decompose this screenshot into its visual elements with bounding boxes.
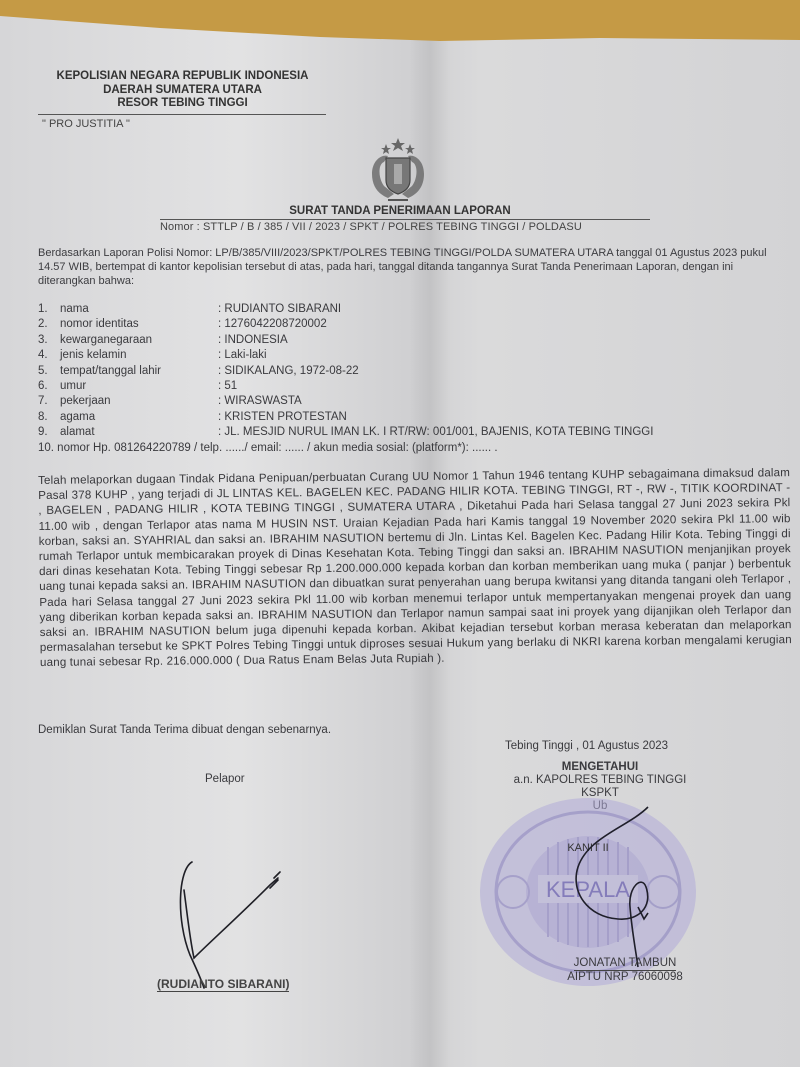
header-divider [38,114,326,115]
svg-text:KEPALA: KEPALA [546,877,630,902]
pro-justitia: " PRO JUSTITIA " [42,118,130,130]
place-date: Tebing Tinggi , 01 Agustus 2023 [505,740,668,752]
identity-row: 6.umur: 51 [38,379,798,394]
closing-statement: Demiklan Surat Tanda Terima dibuat denga… [38,724,331,736]
document-number: Nomor : STTLP / B / 385 / VII / 2023 / S… [160,219,650,233]
intro-paragraph: Berdasarkan Laporan Polisi Nomor: LP/B/3… [38,246,788,288]
police-emblem-icon [358,136,438,206]
on-behalf-label: a.n. KAPOLRES TEBING TINGGI [470,774,730,787]
document-title: SURAT TANDA PENERIMAAN LAPORAN [150,205,650,217]
institution-line: DAERAH SUMATERA UTARA [40,84,325,98]
identity-row: 4.jenis kelamin: Laki-laki [38,348,798,363]
identity-row: 2.nomor identitas: 1276042208720002 [38,317,798,332]
report-body: Telah melaporkan dugaan Tindak Pidana Pe… [38,465,792,671]
identity-row: 1.nama: RUDIANTO SIBARANI [38,302,798,317]
reporter-signature-icon [170,860,290,990]
officer-block: JONATAN TAMBUN AIPTU NRP 76060098 [540,957,710,984]
svg-text:KANIT II: KANIT II [567,842,608,854]
institution-header: KEPOLISIAN NEGARA REPUBLIK INDONESIA DAE… [40,70,325,111]
institution-line: RESOR TEBING TINGGI [40,97,325,111]
officer-name: JONATAN TAMBUN [574,957,677,971]
identity-row: 7.pekerjaan: WIRASWASTA [38,394,798,409]
identity-row: 9.alamat: JL. MESJID NURUL IMAN LK. I RT… [38,425,798,440]
reporter-label: Pelapor [205,773,245,785]
reporter-name: (RUDIANTO SIBARANI) [157,977,289,992]
identity-row: 8.agama: KRISTEN PROTESTAN [38,410,798,425]
identity-row: 5.tempat/tanggal lahir: SIDIKALANG, 1972… [38,364,798,379]
contact-row: 10. nomor Hp. 081264220789 / telp. .....… [38,441,798,456]
institution-line: KEPOLISIAN NEGARA REPUBLIK INDONESIA [40,70,325,84]
acknowledged-label: MENGETAHUI [470,761,730,774]
identity-row: 3.kewarganegaraan: INDONESIA [38,333,798,348]
officer-rank: AIPTU NRP 76060098 [540,971,710,984]
identity-list: 1.nama: RUDIANTO SIBARANI 2.nomor identi… [38,302,798,456]
